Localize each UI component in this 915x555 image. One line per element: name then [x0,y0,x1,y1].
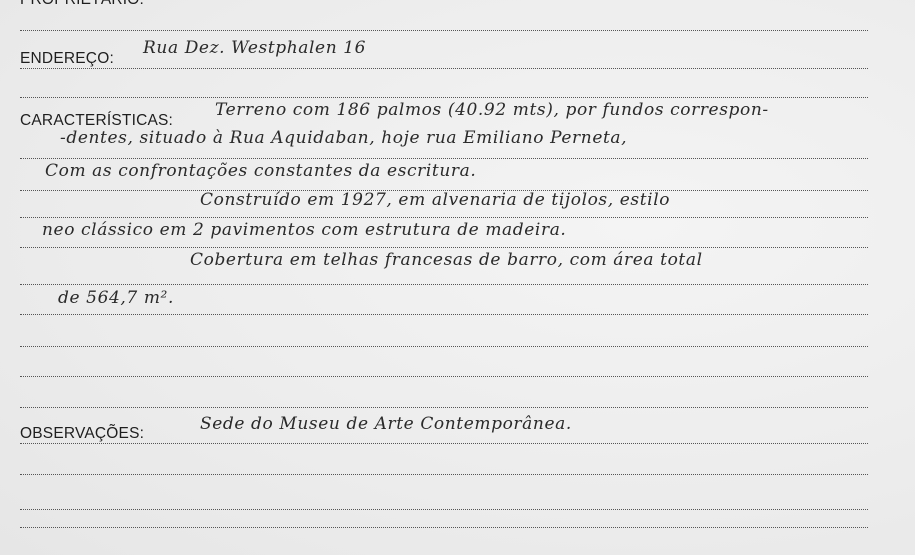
form-rule [20,284,868,285]
form-rule [20,97,868,98]
characteristics-line: Construído em 1927, em alvenaria de tijo… [200,190,670,210]
owner-label: PROPRIETÁRIO: [20,0,144,9]
form-rule [20,376,868,377]
address-value: Rua Dez. Westphalen 16 [143,38,366,58]
form-rule [20,68,868,69]
characteristics-line: Com as confrontações constantes da escri… [45,161,476,181]
form-rule [20,474,868,475]
form-rule [20,527,868,528]
address-label: ENDEREÇO: [20,50,114,68]
observations-label: OBSERVAÇÕES: [20,425,144,443]
characteristics-line: Terreno com 186 palmos (40.92 mts), por … [215,100,769,120]
observations-value: Sede do Museu de Arte Contemporânea. [200,414,572,434]
form-rule [20,158,868,159]
characteristics-line: neo clássico em 2 pavimentos com estrutu… [42,220,566,240]
form-rule [20,509,868,510]
form-rule [20,217,868,218]
form-rule [20,346,868,347]
characteristics-line: Cobertura em telhas francesas de barro, … [190,250,703,270]
characteristics-line: de 564,7 m². [58,288,174,308]
form-rule [20,247,868,248]
form-rule [20,30,868,31]
characteristics-line: -dentes, situado à Rua Aquidaban, hoje r… [60,128,627,148]
form-rule [20,407,868,408]
form-rule [20,443,868,444]
form-rule [20,314,868,315]
